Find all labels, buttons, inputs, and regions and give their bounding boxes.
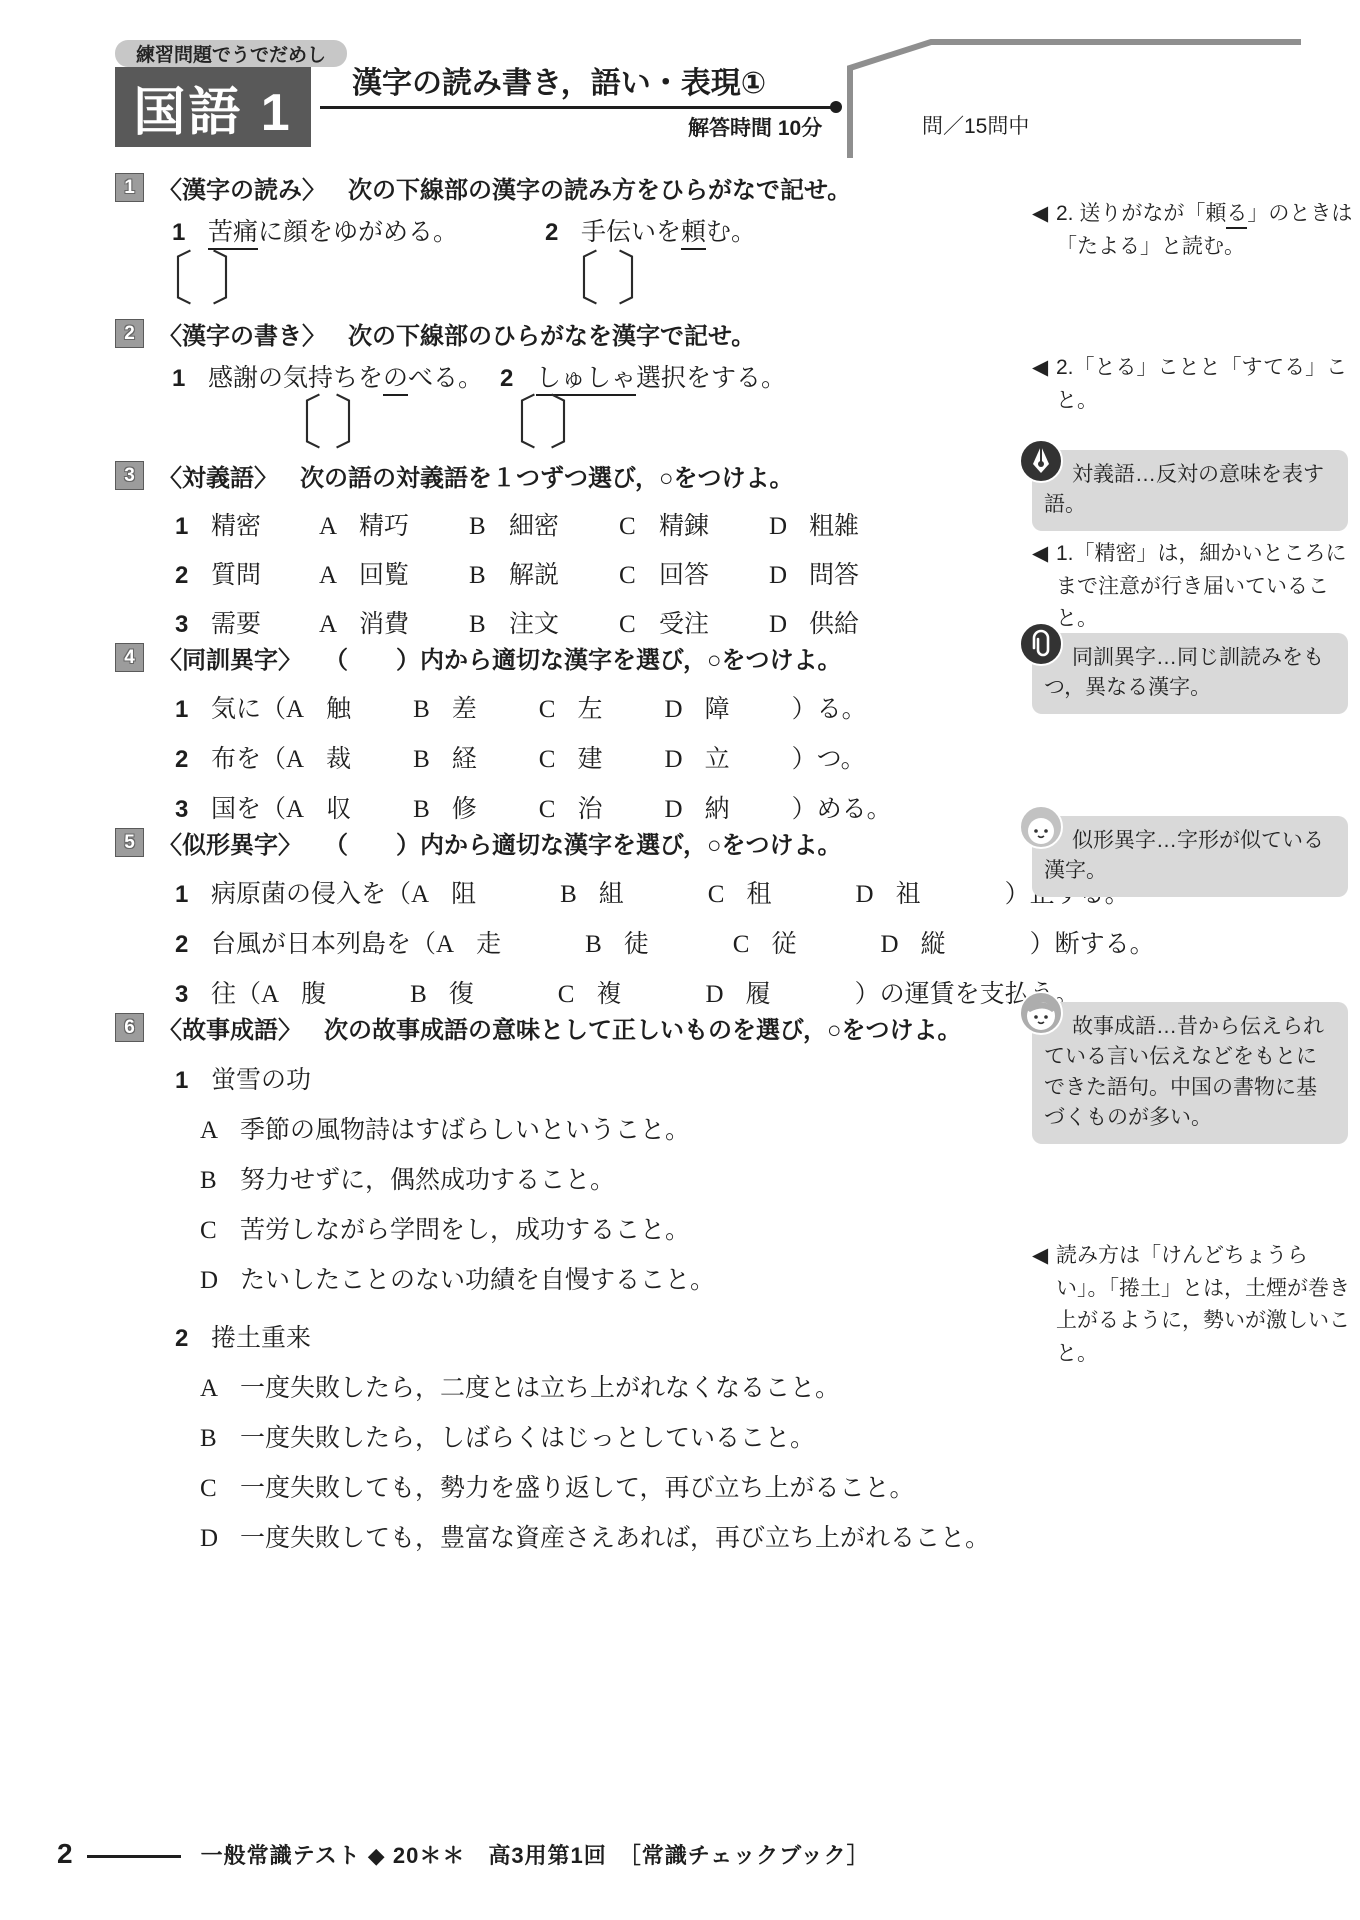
option-label: A	[200, 1117, 240, 1145]
idiom-choice: C苦労しながら学問をし，成功すること。	[115, 1210, 1040, 1246]
option-label: B	[200, 1167, 240, 1195]
boy-face-icon	[1018, 990, 1064, 1036]
option-label: D	[200, 1267, 240, 1295]
choice-sentence: 1病原菌の侵入を（A阻B組C租D祖）止する。	[115, 874, 1040, 910]
question-number: 1	[175, 1067, 211, 1095]
score-box-outline	[845, 34, 1305, 164]
option-kanji: 腹	[301, 981, 326, 1008]
section-antonyms: 3 〈対義語〉 次の語の対義語を１つずつ選び，○をつけよ。 1 精密 A精巧 B…	[115, 458, 1040, 618]
section-instruction: 次の下線部のひらがなを漢字で記せ。	[348, 316, 755, 351]
option-kanji: 従	[771, 931, 796, 958]
option-label: C	[619, 562, 659, 590]
question-word: 需要	[211, 604, 319, 640]
section-similar-shapes: 5 〈似形異字〉 （ ）内から適切な漢字を選び，○をつけよ。 1病原菌の侵入を（…	[115, 825, 1040, 985]
antonym-row: 2 質問 A回覧 B解説 C回答 D問答	[115, 555, 1040, 591]
choice-sentence: 2布を（A裁B経C建D立）つ。	[115, 739, 1040, 775]
option-label: D	[665, 796, 683, 823]
option-label: A	[286, 746, 304, 773]
question-number: 2	[175, 562, 211, 590]
option-label: A	[319, 513, 359, 541]
option-label: C	[539, 746, 556, 773]
page-title: 漢字の読み書き，語い・表現①	[352, 58, 766, 102]
option-kanji: 触	[326, 696, 351, 723]
section-kanji-reading: 1 〈漢字の読み〉 次の下線部の漢字の読み方をひらがなで記せ。 1苦痛に顔をゆが…	[115, 170, 1040, 340]
option-label: D	[769, 513, 809, 541]
choice-sentence: 1気に（A触B差C左D障）る。	[115, 689, 1040, 725]
section-tag: 〈似形異字〉	[158, 825, 302, 860]
option-kanji: 裁	[326, 746, 351, 773]
option-word: 回覧	[359, 555, 469, 591]
underlined-word: 頼	[681, 219, 706, 250]
section-tag: 〈漢字の読み〉	[158, 170, 326, 205]
section-instruction: （ ）内から適切な漢字を選び，○をつけよ。	[324, 825, 842, 860]
answer-bracket: 〔〕	[481, 395, 605, 454]
section-instruction: （ ）内から適切な漢字を選び，○をつけよ。	[324, 640, 842, 675]
section-instruction: 次の下線部の漢字の読み方をひらがなで記せ。	[348, 170, 851, 205]
pen-icon	[1018, 438, 1064, 484]
option-label: B	[560, 881, 577, 908]
side-note: ◀ 2. 送りがなが「頼る」のときは「たよる」と読む。	[1032, 198, 1356, 263]
option-word: 注文	[509, 604, 619, 640]
option-label: C	[619, 611, 659, 639]
option-word: 精巧	[359, 506, 469, 542]
question-number: 3	[175, 796, 211, 824]
question-number: 2	[175, 1325, 211, 1353]
question-sentence: 1感謝の気持ちをのべる。	[172, 358, 483, 394]
antonym-row: 1 精密 A精巧 B細密 C精錬 D粗雑	[115, 506, 1040, 542]
girl-face-icon	[1018, 804, 1064, 850]
page-number: 2	[57, 1838, 73, 1870]
option-label: C	[733, 931, 750, 958]
practice-ribbon: 練習問題でうでだめし	[115, 40, 347, 67]
option-kanji: 縦	[921, 931, 946, 958]
idiom-term: 1蛍雪の功	[115, 1060, 1040, 1096]
section-tag: 〈対義語〉	[158, 458, 278, 493]
option-label: B	[413, 696, 430, 723]
option-label: C	[539, 796, 556, 823]
question-sentence: 1苦痛に顔をゆがめる。	[172, 212, 458, 248]
section-homophones: 4 〈同訓異字〉 （ ）内から適切な漢字を選び，○をつけよ。 1気に（A触B差C…	[115, 640, 1040, 800]
note-marker-icon: ◀	[1032, 352, 1048, 385]
option-label: D	[881, 931, 899, 958]
section-tag: 〈同訓異字〉	[158, 640, 302, 675]
footer-rule	[87, 1855, 181, 1858]
option-label: C	[539, 696, 556, 723]
score-label: 問／15問中	[922, 110, 1029, 140]
page-footer: 2 一般常識テスト ◆ 20＊＊ 高3用第1回 ［常識チェックブック］	[57, 1838, 870, 1870]
question-number: 1	[175, 696, 211, 724]
paperclip-icon	[1018, 621, 1064, 667]
question-number: 2	[175, 931, 211, 959]
title-rule-dot	[830, 101, 842, 113]
note-marker-icon: ◀	[1032, 198, 1048, 231]
option-label: A	[436, 931, 454, 958]
option-kanji: 経	[452, 746, 477, 773]
title-rule	[320, 106, 836, 109]
idiom-choice: D一度失敗しても，豊富な資産さえあれば，再び立ち上がれること。	[115, 1518, 1040, 1554]
option-kanji: 建	[577, 746, 602, 773]
option-word: 受注	[659, 604, 769, 640]
option-label: C	[200, 1475, 240, 1503]
section-number-badge: 1	[115, 173, 144, 202]
answer-bracket: 〔〕	[137, 251, 267, 310]
option-word: 問答	[809, 555, 919, 591]
question-word: 精密	[211, 506, 319, 542]
note-marker-icon: ◀	[1032, 538, 1048, 571]
option-kanji: 修	[452, 796, 477, 823]
section-number-badge: 3	[115, 461, 144, 490]
question-number: 2	[175, 746, 211, 774]
option-label: B	[413, 796, 430, 823]
option-kanji: 複	[596, 981, 621, 1008]
answer-bracket: 〔〕	[543, 251, 673, 310]
option-word: 細密	[509, 506, 619, 542]
section-number-badge: 4	[115, 643, 144, 672]
option-label: D	[769, 611, 809, 639]
note-marker-icon: ◀	[1032, 1240, 1048, 1273]
idiom-choice: Dたいしたことのない功績を自慢すること。	[115, 1260, 1040, 1296]
option-label: D	[856, 881, 874, 908]
hint-bubble: 対義語…反対の意味を表す語。	[1032, 450, 1348, 531]
idiom-choice: B一度失敗したら，しばらくはじっとしていること。	[115, 1418, 1040, 1454]
option-label: B	[469, 562, 509, 590]
section-number-badge: 5	[115, 828, 144, 857]
option-label: C	[558, 981, 575, 1008]
option-label: B	[469, 611, 509, 639]
underlined-word: 苦痛	[208, 219, 258, 250]
option-kanji: 租	[746, 881, 771, 908]
option-label: C	[619, 513, 659, 541]
option-word: 精錬	[659, 506, 769, 542]
option-label: B	[413, 746, 430, 773]
option-label: A	[286, 696, 304, 723]
option-kanji: 復	[449, 981, 474, 1008]
option-word: 回答	[659, 555, 769, 591]
option-kanji: 差	[452, 696, 477, 723]
option-label: D	[200, 1525, 240, 1553]
choice-sentence: 3往（A腹B復C複D履）の運賃を支払う。	[115, 974, 1040, 1010]
option-kanji: 障	[705, 696, 730, 723]
option-kanji: 左	[577, 696, 602, 723]
option-word: 解説	[509, 555, 619, 591]
answer-time-label: 解答時間 10分	[688, 112, 822, 142]
hint-bubble: 似形異字…字形が似ている漢字。	[1032, 816, 1348, 897]
option-label: A	[200, 1375, 240, 1403]
option-word: 粗雑	[809, 506, 919, 542]
option-kanji: 走	[476, 931, 501, 958]
question-number: 1	[175, 881, 211, 909]
section-number-badge: 6	[115, 1013, 144, 1042]
answer-bracket: 〔〕	[266, 395, 390, 454]
hint-bubble: 故事成語…昔から伝えられている言い伝えなどをもとにできた語句。中国の書物に基づく…	[1032, 1002, 1348, 1144]
option-label: C	[200, 1217, 240, 1245]
option-kanji: 治	[577, 796, 602, 823]
option-kanji: 徒	[624, 931, 649, 958]
question-word: 質問	[211, 555, 319, 591]
option-label: A	[319, 611, 359, 639]
option-label: C	[708, 881, 725, 908]
side-note: ◀ 1.「精密」は，細かいところにまで注意が行き届いていること。	[1032, 538, 1356, 636]
idiom-choice: C一度失敗しても，勢力を盛り返して，再び立ち上がること。	[115, 1468, 1040, 1504]
section-instruction: 次の故事成語の意味として正しいものを選び，○をつけよ。	[324, 1010, 962, 1045]
worksheet-page: 練習問題でうでだめし 国語 1 漢字の読み書き，語い・表現① 解答時間 10分 …	[0, 0, 1360, 1920]
question-number: 2	[545, 219, 581, 247]
section-instruction: 次の語の対義語を１つずつ選び，○をつけよ。	[300, 458, 794, 493]
option-kanji: 立	[705, 746, 730, 773]
question-number: 3	[175, 611, 211, 639]
option-label: D	[706, 981, 724, 1008]
option-label: A	[261, 981, 279, 1008]
question-sentence: 2手伝いを頼む。	[545, 212, 756, 248]
option-kanji: 収	[326, 796, 351, 823]
side-note: ◀ 読み方は「けんどちょうらい」。「捲土」とは，土煙が巻き上がるように，勢いが激…	[1032, 1240, 1356, 1370]
antonym-row: 3 需要 A消費 B注文 C受注 D供給	[115, 604, 1040, 640]
option-kanji: 組	[599, 881, 624, 908]
option-kanji: 履	[746, 981, 771, 1008]
idiom-choice: A一度失敗したら，二度とは立ち上がれなくなること。	[115, 1368, 1040, 1404]
question-number: 1	[172, 219, 208, 247]
option-label: B	[469, 513, 509, 541]
option-kanji: 阻	[451, 881, 476, 908]
option-label: B	[410, 981, 427, 1008]
option-word: 消費	[359, 604, 469, 640]
question-number: 1	[175, 513, 211, 541]
idiom-term: 2捲土重来	[115, 1318, 1040, 1354]
section-number-badge: 2	[115, 319, 144, 348]
option-word: 供給	[809, 604, 919, 640]
question-number: 3	[175, 981, 211, 1009]
option-label: B	[200, 1425, 240, 1453]
option-kanji: 祖	[896, 881, 921, 908]
question-number: 2	[500, 365, 536, 393]
question-number: 1	[172, 365, 208, 393]
option-label: D	[665, 696, 683, 723]
idiom-choice: A季節の風物詩はすばらしいということ。	[115, 1110, 1040, 1146]
option-label: A	[411, 881, 429, 908]
option-label: A	[286, 796, 304, 823]
hint-bubble: 同訓異字…同じ訓読みをもつ，異なる漢字。	[1032, 633, 1348, 714]
question-sentence: 2しゅしゃ選択をする。	[500, 358, 786, 394]
section-idioms: 6 〈故事成語〉 次の故事成語の意味として正しいものを選び，○をつけよ。 1蛍雪…	[115, 1010, 1040, 1430]
option-label: D	[665, 746, 683, 773]
section-tag: 〈故事成語〉	[158, 1010, 302, 1045]
footer-text: 一般常識テスト ◆ 20＊＊ 高3用第1回 ［常識チェックブック］	[201, 1839, 870, 1870]
subject-box: 国語 1	[115, 67, 311, 147]
option-kanji: 納	[705, 796, 730, 823]
side-note: ◀ 2.「とる」ことと「すてる」こと。	[1032, 352, 1356, 417]
option-label: B	[585, 931, 602, 958]
option-label: D	[769, 562, 809, 590]
section-tag: 〈漢字の書き〉	[158, 316, 326, 351]
idiom-choice: B努力せずに，偶然成功すること。	[115, 1160, 1040, 1196]
choice-sentence: 3国を（A収B修C治D納）める。	[115, 789, 1040, 825]
option-label: A	[319, 562, 359, 590]
choice-sentence: 2台風が日本列島を（A走B徒C従D縦）断する。	[115, 924, 1040, 960]
